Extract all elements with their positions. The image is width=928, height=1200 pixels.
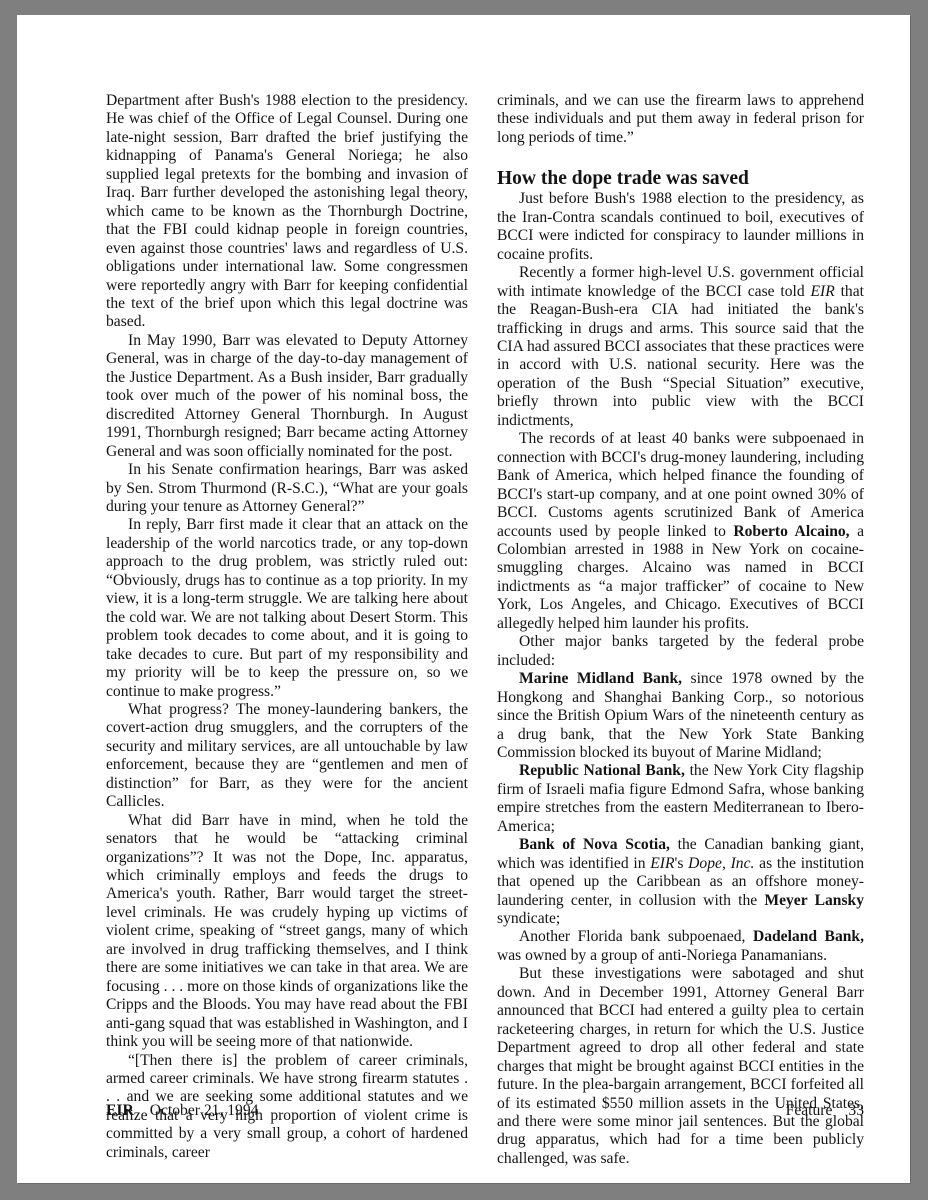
text-run: What did Barr have in mind, when he told… (106, 812, 468, 1050)
paragraph: criminals, and we can use the firearm la… (497, 92, 864, 147)
text-run: In reply, Barr first made it clear that … (106, 516, 468, 699)
paragraph: Another Florida bank subpoenaed, Dadelan… (497, 928, 864, 965)
right-paragraphs-container: Just before Bush's 1988 election to the … (497, 190, 864, 1168)
text-run: Recently a former high-level U.S. govern… (497, 264, 864, 299)
paragraph: Marine Midland Bank, since 1978 owned by… (497, 670, 864, 762)
paragraph: What progress? The money-laundering bank… (106, 701, 468, 812)
footer-right: Feature33 (731, 1102, 864, 1120)
section-heading: How the dope trade was saved (497, 168, 864, 190)
paragraph: Bank of Nova Scotia, the Canadian bankin… (497, 836, 864, 928)
paragraph: In reply, Barr first made it clear that … (106, 516, 468, 701)
text-run: that the Reagan-Bush-era CIA had initiat… (497, 283, 864, 429)
text-run: criminals, and we can use the firearm la… (497, 92, 864, 146)
paragraph: Just before Bush's 1988 election to the … (497, 190, 864, 264)
paragraph: Other major banks targeted by the federa… (497, 633, 864, 670)
left-column: Department after Bush's 1988 election to… (106, 92, 468, 1162)
text-run: Another Florida bank subpoenaed, (519, 928, 753, 945)
text-run: But these investigations were sabotaged … (497, 965, 864, 1167)
bold-text: Republic National Bank, (519, 762, 685, 779)
bold-text: Roberto Alcaino, (733, 523, 849, 540)
page-number: 33 (848, 1102, 864, 1119)
italic-text: EIR (650, 855, 674, 872)
document-page: Department after Bush's 1988 election to… (17, 15, 910, 1183)
paragraph: Recently a former high-level U.S. govern… (497, 264, 864, 430)
text-run: What progress? The money-laundering bank… (106, 701, 468, 810)
issue-date: October 21, 1994 (150, 1102, 259, 1119)
italic-text: Dope, Inc. (688, 855, 754, 872)
right-column: criminals, and we can use the firearm la… (497, 92, 864, 1168)
publication-name: EIR (106, 1102, 134, 1119)
text-run: was owned by a group of anti-Noriega Pan… (497, 947, 827, 964)
text-run: In his Senate confirmation hearings, Bar… (106, 461, 468, 515)
bold-text: Marine Midland Bank, (519, 670, 682, 687)
paragraph: In his Senate confirmation hearings, Bar… (106, 461, 468, 516)
italic-text: EIR (811, 283, 835, 300)
text-run: 's (675, 855, 689, 872)
text-run: Just before Bush's 1988 election to the … (497, 190, 864, 262)
bold-text: Bank of Nova Scotia, (519, 836, 670, 853)
text-run: Department after Bush's 1988 election to… (106, 92, 468, 330)
right-lead-paragraph-container: criminals, and we can use the firearm la… (497, 92, 864, 147)
paragraph: Republic National Bank, the New York Cit… (497, 762, 864, 836)
paragraph: What did Barr have in mind, when he told… (106, 812, 468, 1052)
paragraph: In May 1990, Barr was elevated to Deputy… (106, 332, 468, 461)
paragraph: But these investigations were sabotaged … (497, 965, 864, 1168)
footer-left: EIROctober 21, 1994 (106, 1102, 258, 1120)
text-run: syndicate; (497, 910, 560, 927)
text-run: Other major banks targeted by the federa… (497, 633, 864, 668)
paragraph: Department after Bush's 1988 election to… (106, 92, 468, 332)
bold-text: Dadeland Bank, (753, 928, 864, 945)
text-run: In May 1990, Barr was elevated to Deputy… (106, 332, 468, 460)
bold-text: Meyer Lansky (764, 892, 864, 909)
section-label: Feature (786, 1102, 833, 1119)
paragraph: The records of at least 40 banks were su… (497, 430, 864, 633)
